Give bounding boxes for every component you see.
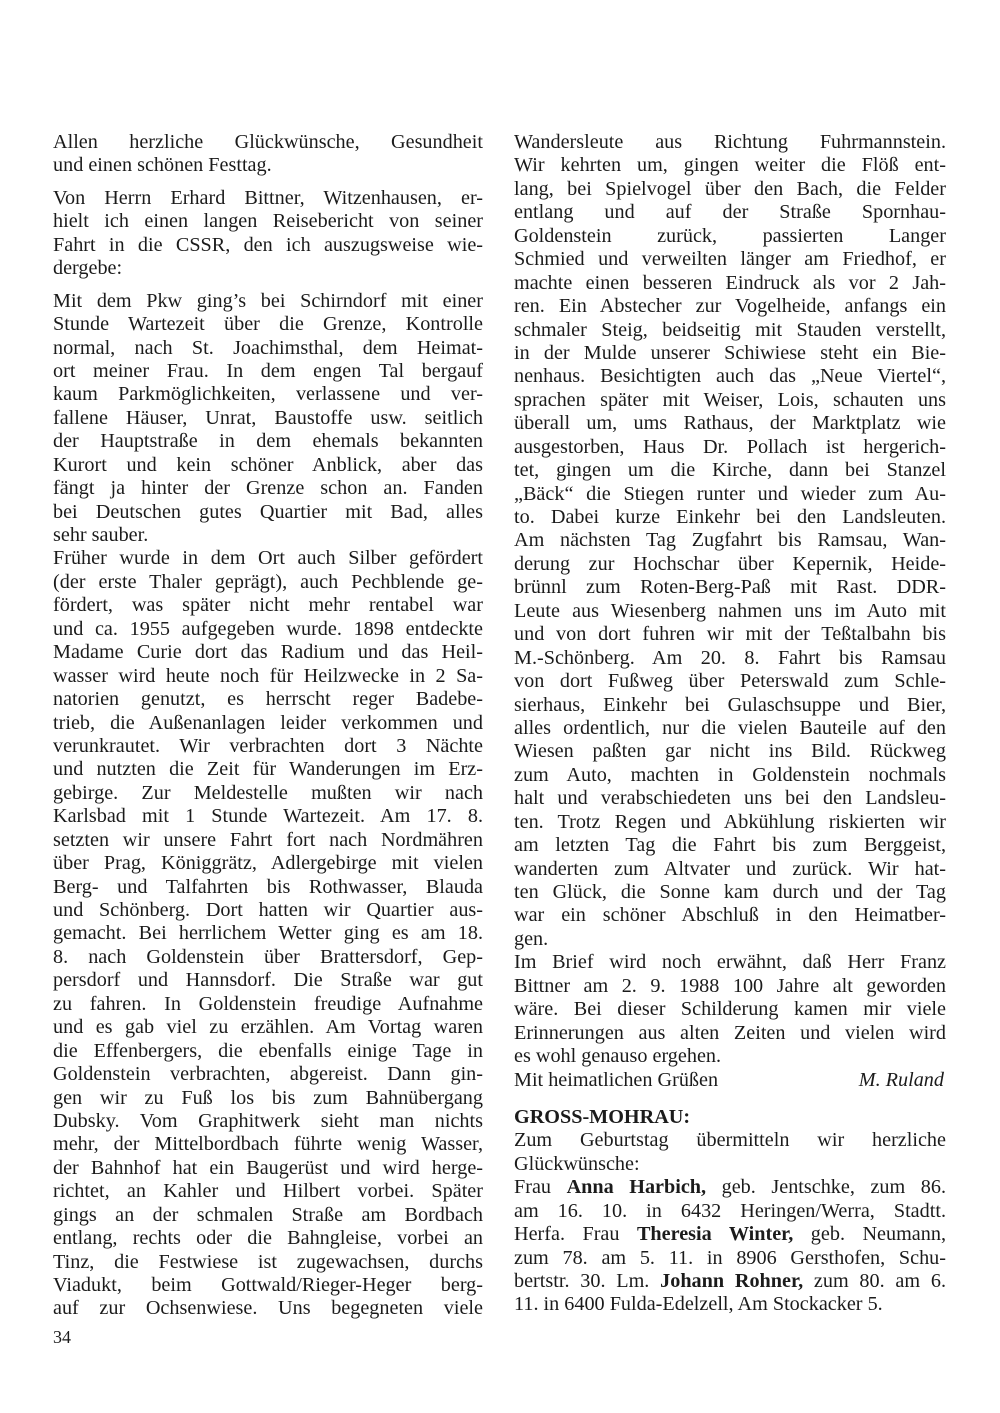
text-line: ort meiner Frau. In dem engen Tal bergau… — [53, 360, 483, 383]
text-line: hielt ich einen langen Reisebericht von … — [53, 210, 483, 233]
text-line: der Bahnhof hat ein Baugerüst und wird h… — [53, 1157, 483, 1180]
text-line: Kurort und kein schöner Anblick, aber da… — [53, 454, 483, 477]
text-line: Wir kehrten um, gingen weiter die Flöß e… — [514, 154, 946, 177]
paragraph-travel-report-continued: Früher wurde in dem Ort auch Silber gefö… — [53, 547, 483, 1320]
text-line: Viadukt, beim Gottwald/Rieger-Heger berg… — [53, 1274, 483, 1297]
text-line: ten Glück, die Sonne kam durch und der T… — [514, 881, 946, 904]
text-line: Erinnerungen aus alten Zeiten und vielen… — [514, 1022, 946, 1045]
text-line: fördert, was später nicht mehr rentabel … — [53, 594, 483, 617]
person-name: Anna Harbich, — [567, 1176, 707, 1198]
signature-line: Mit heimatlichen Grüßen M. Ruland — [514, 1069, 946, 1092]
text-segment: zum 80. am 6. — [803, 1270, 946, 1292]
text-segment: am 16. 10. in 6432 Heringen/Werra, Stadt… — [514, 1200, 946, 1222]
text-line: Allen herzliche Glückwünsche, Gesundheit — [53, 131, 483, 154]
text-line: Schmied und verweilten länger am Friedho… — [514, 248, 946, 271]
text-line: Wiesen paßten gar nicht ins Bild. Rückwe… — [514, 740, 946, 763]
text-line: persdorf und Hannsdorf. Die Straße war g… — [53, 969, 483, 992]
text-line: am letzten Tag die Fahrt bis zum Berggei… — [514, 834, 946, 857]
text-line: derung zur Hochschar über Kepernik, Heid… — [514, 553, 946, 576]
text-line: setzten wir unsere Fahrt fort nach Nordm… — [53, 829, 483, 852]
text-line: und es gab viel zu erzählen. Am Vortag w… — [53, 1016, 483, 1039]
text-line: Dubsky. Vom Graphitwerk sieht man nichts — [53, 1110, 483, 1133]
birthday-line: zum 78. am 5. 11. in 8906 Gersthofen, Sc… — [514, 1247, 946, 1270]
text-line: „Bäck“ die Stiegen runter und wieder zum… — [514, 483, 946, 506]
text-line: ren. Ein Abstecher zur Vogelheide, anfan… — [514, 295, 946, 318]
birthday-list: Frau Anna Harbich, geb. Jentschke, zum 8… — [514, 1176, 946, 1317]
text-line: es wohl genauso ergehen. — [514, 1045, 946, 1068]
text-line: sierhaus, Einkehr bei Gulaschsuppe und B… — [514, 694, 946, 717]
birthday-line: am 16. 10. in 6432 Heringen/Werra, Stadt… — [514, 1200, 946, 1223]
text-line: ten. Trotz Regen und Abkühlung riskierte… — [514, 811, 946, 834]
signature-name: M. Ruland — [859, 1069, 944, 1092]
page-number: 34 — [53, 1326, 71, 1349]
text-segment: Herfa. Frau — [514, 1223, 637, 1245]
text-line: normal, nach St. Joachimsthal, dem Heima… — [53, 337, 483, 360]
text-line: Leute aus Wiesenberg nahmen uns im Auto … — [514, 600, 946, 623]
text-line: auf zur Ochsenwiese. Uns begegneten viel… — [53, 1297, 483, 1320]
right-column: Wandersleute aus Richtung Fuhrmannstein.… — [514, 131, 946, 1317]
text-line: Stunde Wartezeit über die Grenze, Kontro… — [53, 313, 483, 336]
text-line: Tinz, die Festwiese ist zugewachsen, dur… — [53, 1251, 483, 1274]
text-line: wasser wird heute noch für Heilzwecke in… — [53, 665, 483, 688]
text-line: halt und verabschiedeten uns bei den Lan… — [514, 787, 946, 810]
text-line: Von Herrn Erhard Bittner, Witzenhausen, … — [53, 187, 483, 210]
text-line: und einen schönen Festtag. — [53, 154, 483, 177]
text-line: sprachen später mit Weiser, Lois, schaut… — [514, 389, 946, 412]
text-line: und von dort fuhren wir mit der Teßtalba… — [514, 623, 946, 646]
text-segment: geb. Jentschke, zum 86. — [706, 1176, 946, 1198]
text-line: Berg- und Talfahrten bis Rothwasser, Bla… — [53, 876, 483, 899]
text-line: gen wir zu Fuß los bis zum Bahnübergang — [53, 1087, 483, 1110]
text-line: gings an der schmalen Straße am Bordbach — [53, 1204, 483, 1227]
paragraph-greeting: Allen herzliche Glückwünsche, Gesundheit… — [53, 131, 483, 178]
text-line: 8. nach Goldenstein über Brattersdorf, G… — [53, 946, 483, 969]
text-line: überall um, ums Rathaus, der Marktplatz … — [514, 412, 946, 435]
text-line: war ein schöner Abschluß in den Heimatbe… — [514, 904, 946, 927]
paragraph-closing-remark: Im Brief wird noch erwähnt, daß Herr Fra… — [514, 951, 946, 1068]
text-line: lang, bei Spielvogel über den Bach, die … — [514, 178, 946, 201]
text-line: Bittner am 2. 9. 1988 100 Jahre alt gewo… — [514, 975, 946, 998]
paragraph-intro-bittner: Von Herrn Erhard Bittner, Witzenhausen, … — [53, 187, 483, 281]
document-page: Allen herzliche Glückwünsche, Gesundheit… — [0, 0, 1000, 1413]
birthday-line: 11. in 6400 Fulda-Edelzell, Am Stockacke… — [514, 1293, 946, 1316]
text-segment: geb. Neumann, — [793, 1223, 946, 1245]
text-line: fängt ja hinter der Grenze schon an. Fan… — [53, 477, 483, 500]
birthday-line: Herfa. Frau Theresia Winter, geb. Neuman… — [514, 1223, 946, 1246]
text-segment: bertstr. 30. Lm. — [514, 1270, 660, 1292]
text-line: mehr, der Mittelbordbach führte wenig Wa… — [53, 1133, 483, 1156]
text-line: über Prag, Königgrätz, Adlergebirge mit … — [53, 852, 483, 875]
text-line: Glückwünsche: — [514, 1153, 946, 1176]
text-line: Karlsbad mit 1 Stunde Wartezeit. Am 17. … — [53, 805, 483, 828]
text-line: gebirge. Zur Meldestelle mußten wir nach — [53, 782, 483, 805]
text-line: fallene Häuser, Unrat, Baustoffe usw. se… — [53, 407, 483, 430]
text-line: (der erste Thaler geprägt), auch Pechble… — [53, 571, 483, 594]
text-line: Fahrt in die CSSR, den ich auszugsweise … — [53, 234, 483, 257]
paragraph-travel-report-end: Wandersleute aus Richtung Fuhrmannstein.… — [514, 131, 946, 951]
text-line: bei Deutschen gutes Quartier mit Bad, al… — [53, 501, 483, 524]
text-line: natorien genutzt, es herrscht reger Bade… — [53, 688, 483, 711]
text-line: entlang und auf der Straße Spornhau- — [514, 201, 946, 224]
text-line: schmaler Steig, beidseitig mit Stauden v… — [514, 319, 946, 342]
text-line: trieb, die Außenanlagen leider verkommen… — [53, 712, 483, 735]
text-line: Wandersleute aus Richtung Fuhrmannstein. — [514, 131, 946, 154]
text-line: zu fahren. In Goldenstein freudige Aufna… — [53, 993, 483, 1016]
text-line: alles ordentlich, nur die vielen Bauteil… — [514, 717, 946, 740]
text-line: wanderten zum Altvater und zurück. Wir h… — [514, 858, 946, 881]
text-line: Im Brief wird noch erwähnt, daß Herr Fra… — [514, 951, 946, 974]
text-line: gen. — [514, 928, 946, 951]
text-segment: 11. in 6400 Fulda-Edelzell, Am Stockacke… — [514, 1293, 883, 1315]
text-line: M.-Schönberg. Am 20. 8. Fahrt bis Ramsau — [514, 647, 946, 670]
text-line: sehr sauber. — [53, 524, 483, 547]
text-line: in der Mulde unserer Schiwiese steht ein… — [514, 342, 946, 365]
text-line: kaum Parkmöglichkeiten, verlassene und v… — [53, 383, 483, 406]
section-heading: GROSS-MOHRAU: — [514, 1106, 946, 1129]
text-line: brünnl zum Roten-Berg-Paß mit Rast. DDR- — [514, 576, 946, 599]
text-line: entlang, rechts oder die Bahngleise, vor… — [53, 1227, 483, 1250]
text-line: to. Dabei kurze Einkehr bei den Landsleu… — [514, 506, 946, 529]
text-line: und Schönberg. Dort hatten wir Quartier … — [53, 899, 483, 922]
birthday-intro: Zum Geburtstag übermitteln wir herzliche… — [514, 1129, 946, 1176]
person-name: Theresia Winter, — [637, 1223, 793, 1245]
text-line: dergebe: — [53, 257, 483, 280]
text-line: richtet, an Kahler und Hilbert vorbei. S… — [53, 1180, 483, 1203]
birthday-line: Frau Anna Harbich, geb. Jentschke, zum 8… — [514, 1176, 946, 1199]
text-line: gemacht. Bei herrlichem Wetter ging es a… — [53, 922, 483, 945]
text-line: und ca. 1955 aufgegeben wurde. 1898 entd… — [53, 618, 483, 641]
text-line: Zum Geburtstag übermitteln wir herzliche — [514, 1129, 946, 1152]
text-line: machte einen besseren Eindruck als vor 2… — [514, 272, 946, 295]
text-line: von dort Fußweg über Peterswald zum Schl… — [514, 670, 946, 693]
paragraph-travel-report: Mit dem Pkw ging’s bei Schirndorf mit ei… — [53, 290, 483, 548]
person-name: Johann Rohner, — [660, 1270, 803, 1292]
text-segment: zum 78. am 5. 11. in 8906 Gersthofen, Sc… — [514, 1247, 946, 1269]
text-line: Am nächsten Tag Zugfahrt bis Ramsau, Wan… — [514, 529, 946, 552]
signature-greeting: Mit heimatlichen Grüßen — [514, 1069, 718, 1092]
text-line: tet, gingen um die Kirche, dann bei Stan… — [514, 459, 946, 482]
text-line: Madame Curie dort das Radium und das Hei… — [53, 641, 483, 664]
text-segment: Frau — [514, 1176, 567, 1198]
text-line: Mit dem Pkw ging’s bei Schirndorf mit ei… — [53, 290, 483, 313]
text-line: und nutzten die Zeit für Wanderungen im … — [53, 758, 483, 781]
text-line: Früher wurde in dem Ort auch Silber gefö… — [53, 547, 483, 570]
text-line: die Effenbergers, die ebenfalls einige T… — [53, 1040, 483, 1063]
text-line: nenhaus. Besichtigten auch das „Neue Vie… — [514, 365, 946, 388]
text-line: zum Auto, machten in Goldenstein nochmal… — [514, 764, 946, 787]
text-line: verunkrautet. Wir verbrachten dort 3 Näc… — [53, 735, 483, 758]
text-line: wäre. Bei dieser Schilderung kamen mir v… — [514, 998, 946, 1021]
birthday-line: bertstr. 30. Lm. Johann Rohner, zum 80. … — [514, 1270, 946, 1293]
text-line: ausgestorben, Haus Dr. Pollach ist herge… — [514, 436, 946, 459]
text-line: der Hauptstraße in dem ehemals bekannten — [53, 430, 483, 453]
left-column: Allen herzliche Glückwünsche, Gesundheit… — [53, 131, 483, 1321]
text-line: Goldenstein verbrachten, abgereist. Dann… — [53, 1063, 483, 1086]
text-line: Goldenstein zurück, passierten Langer — [514, 225, 946, 248]
